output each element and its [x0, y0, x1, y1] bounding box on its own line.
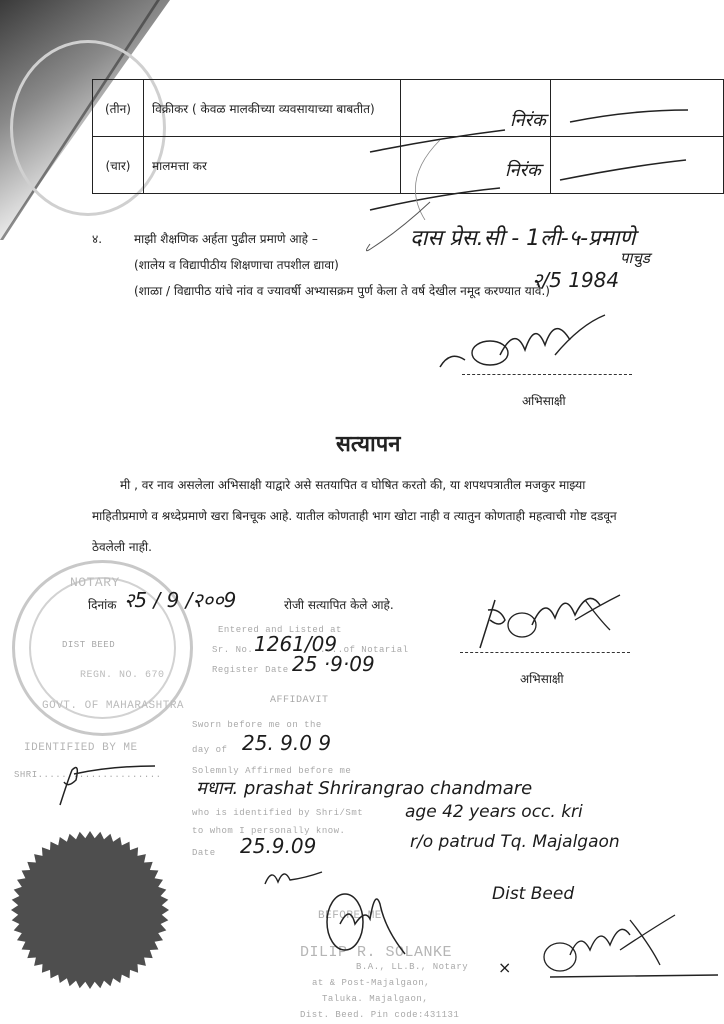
day-of-label: day of	[192, 745, 227, 755]
verification-line-1: मी , वर नाव असलेला अभिसाक्षी याद्वारे अस…	[120, 478, 585, 492]
education-line-1: माझी शैक्षणिक अर्हता पुढील प्रमाणे आहे –	[134, 230, 318, 247]
pen-stroke	[360, 200, 440, 260]
education-line-3: (शाळा / विद्यापीठ यांचे नांव व ज्यावर्षी…	[134, 282, 550, 299]
date-suffix: रोजी सत्यापित केले आहे.	[284, 596, 394, 613]
education-line-2: (शालेय व विद्यापीठीय शिक्षणाचा तपशील द्य…	[134, 256, 339, 273]
date-stamp-label: Date	[192, 848, 216, 858]
handwritten-education: दास प्रेस.सी - 1ली-५-प्रमाणे	[410, 222, 635, 252]
item-number: ४.	[92, 230, 102, 247]
stamp-regn: REGN. NO. 670	[80, 670, 165, 681]
notary-address-2: Taluka. Majalgaon,	[322, 994, 428, 1004]
handwritten-nil-sales-tax: निरंक	[510, 108, 546, 132]
register-date-label: Register Date	[212, 665, 289, 675]
signature-line-2	[460, 652, 630, 653]
notary-embossed-seal	[10, 830, 170, 990]
handwritten-education-place: पाचुड	[620, 248, 650, 268]
affidavit-heading: AFFIDAVIT	[270, 695, 329, 706]
deponent-signature-1	[430, 305, 630, 375]
register-sr-no-label: Sr. No.	[212, 645, 253, 655]
verification-title: सत्यापन	[336, 428, 400, 458]
identified-by-line: who is identified by Shri/Smt	[192, 808, 363, 818]
sworn-line: Sworn before me on the	[192, 720, 322, 730]
handwritten-affidavit-date: 25.9.09	[240, 834, 316, 858]
handwritten-sworn-date: 25. 9.0 9	[242, 731, 331, 755]
verification-line-2: माहितीप्रमाणे व श्रध्देप्रमाणे खरा बिनचू…	[92, 501, 632, 532]
deponent-label-2: अभिसाक्षी	[520, 670, 564, 687]
row-number: (चार)	[93, 137, 144, 194]
verification-line-3: ठेवलेली नाही.	[92, 532, 632, 563]
deponent-label-1: अभिसाक्षी	[522, 392, 566, 409]
verification-paragraph: मी , वर नाव असलेला अभिसाक्षी याद्वारे अस…	[92, 470, 632, 563]
row-number: (तीन)	[93, 80, 144, 137]
handwritten-year: २/5 1984	[532, 266, 619, 293]
stamp-govt: GOVT. OF MAHARASHTRA	[42, 700, 184, 712]
affirmed-line: Solemnly Affirmed before me	[192, 766, 351, 776]
handwritten-district: Dist Beed	[492, 884, 574, 904]
handwritten-age-occupation: age 42 years occ. kri	[405, 802, 583, 822]
notary-address-3: Dist. Beed. Pin code:431131	[300, 1010, 459, 1020]
identifier-signature	[50, 760, 160, 810]
handwritten-address: r/o patrud Tq. Majalgaon	[410, 832, 620, 852]
notary-address-1: at & Post-Majalgaon,	[312, 978, 430, 988]
notary-signature	[320, 884, 410, 964]
stamp-dist: DIST BEED	[62, 640, 115, 650]
signature-line-1	[462, 374, 632, 375]
handwritten-nil-property-tax: निरंक	[505, 158, 541, 182]
date-label: दिनांक	[88, 596, 116, 613]
cross-mark: ×	[498, 958, 511, 977]
table-handwriting-strokes	[330, 80, 724, 220]
stamp-notary: NOTARY	[70, 575, 120, 590]
handwritten-deponent-name: मधान. prashat Shrirangrao chandmare	[196, 776, 532, 800]
identified-by-stamp: IDENTIFIED BY ME	[24, 742, 138, 754]
handwritten-verification-date: २5 / 9 /२००9	[124, 586, 236, 613]
deponent-signature-2	[470, 580, 640, 650]
deponent-signature-3	[520, 905, 720, 980]
handwritten-register-date: 25 ·9·09	[292, 652, 375, 676]
